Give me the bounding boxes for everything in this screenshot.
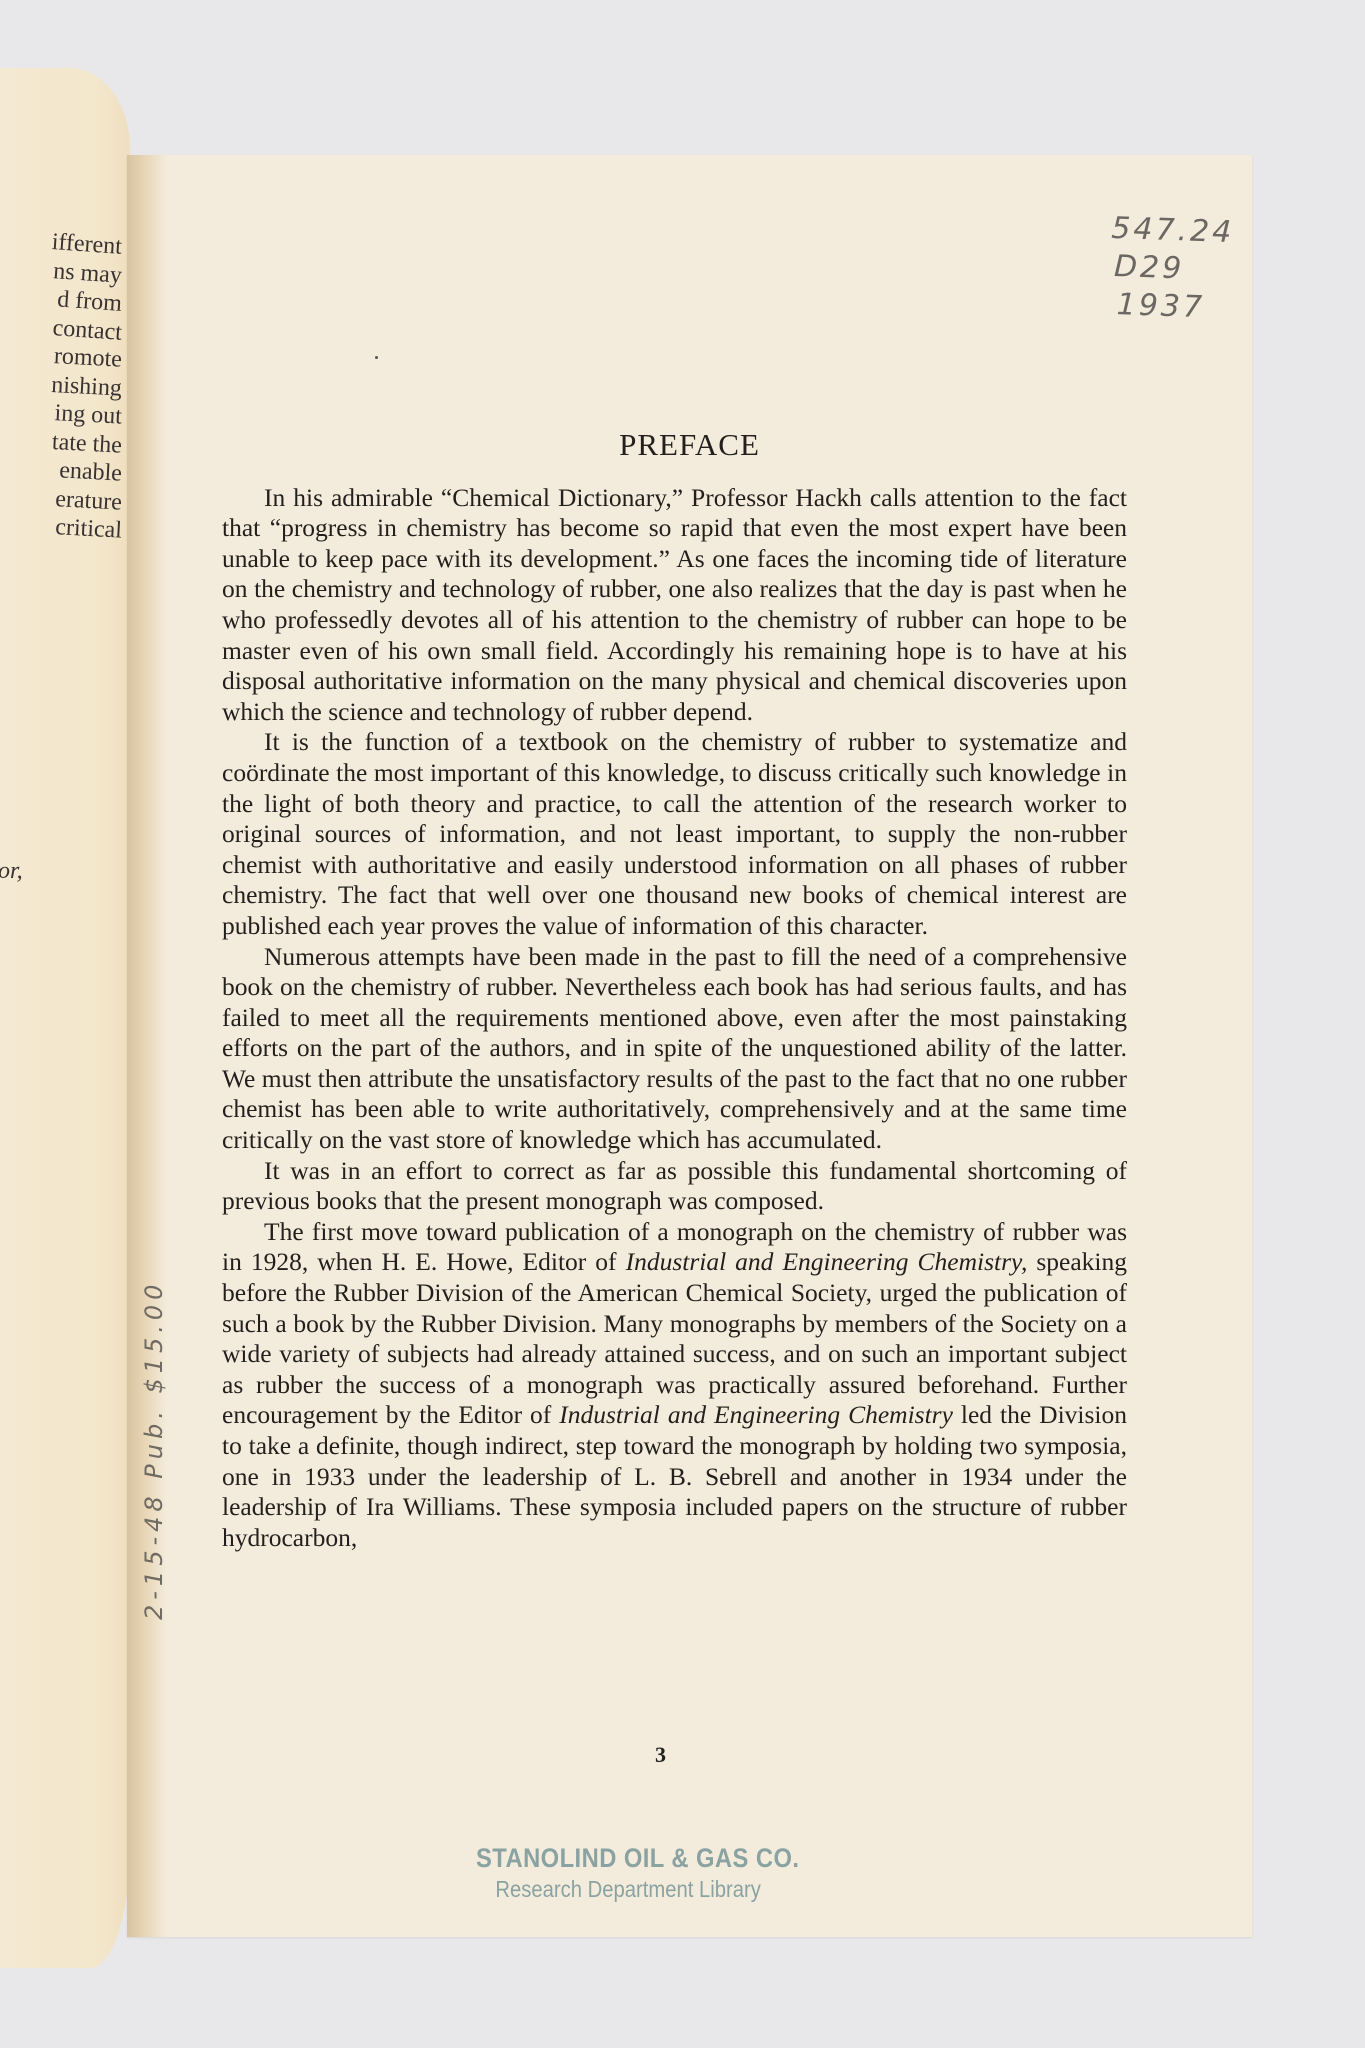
call-number-class: 547.24 (1111, 210, 1235, 252)
handwritten-call-number: 547.24 D29 1937 (1108, 210, 1235, 328)
stamp-company: STANOLIND OIL & GAS CO. (476, 1843, 799, 1874)
journal-title-italic: Industrial and Engineering Chemistry, (626, 1247, 1028, 1276)
page-number: 3 (655, 1742, 666, 1768)
paragraph: It is the function of a textbook on the … (222, 727, 1127, 941)
library-stamp: STANOLIND OIL & GAS CO. Research Departm… (476, 1843, 844, 1903)
left-fragment-or: or, (0, 858, 23, 885)
gutter-shadow (127, 155, 167, 1937)
paragraph: The first move toward publication of a m… (222, 1217, 1127, 1554)
paragraph: In his admirable “Chemical Dictionary,” … (222, 483, 1127, 728)
call-number-year: 1937 (1108, 286, 1232, 328)
preface-content: PREFACE In his admirable “Chemical Dicti… (222, 430, 1127, 1553)
paragraph: Numerous attempts have been made in the … (222, 942, 1127, 1156)
paper-speck (375, 356, 378, 359)
left-page: ifferent ns may d from contact romote ni… (0, 68, 130, 1968)
page-title: PREFACE (222, 430, 1127, 461)
journal-title-italic: Industrial and Engineering Chemistry (559, 1400, 953, 1429)
call-number-cutter: D29 (1109, 248, 1233, 290)
handwritten-pencil-note: 2-15-48 Pub. $15.00 (140, 1280, 168, 1620)
left-page-text-fragments: ifferent ns may d from contact romote ni… (0, 228, 122, 542)
stamp-library: Research Department Library (476, 1876, 799, 1903)
paragraph: It was in an effort to correct as far as… (222, 1156, 1127, 1217)
